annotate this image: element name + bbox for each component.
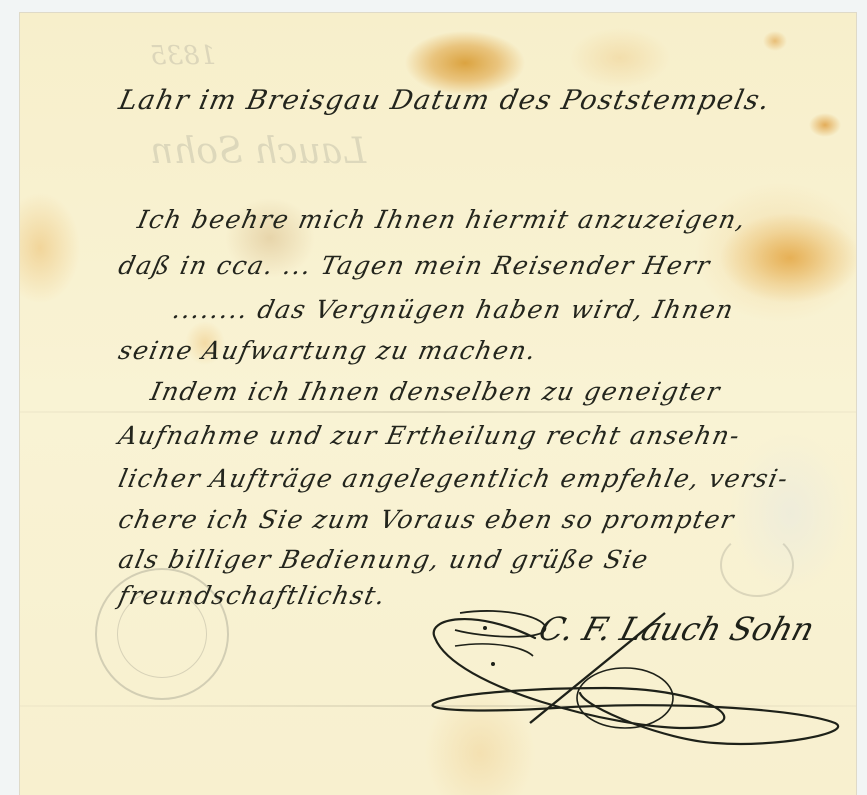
faint-stamp-mark bbox=[720, 533, 794, 597]
letter-dateline: Lahr im Breisgau Datum des Poststempels. bbox=[116, 85, 773, 116]
letter-line-8: chere ich Sie zum Voraus eben so prompte… bbox=[116, 505, 738, 534]
letter-line-10: freundschaftlichst. bbox=[116, 581, 389, 610]
bleed-through-text: Lauch Sohn bbox=[150, 131, 366, 172]
letter-line-7: licher Aufträge angelegentlich empfehle,… bbox=[116, 464, 792, 493]
letter-line-3: ........ das Vergnügen haben wird, Ihnen bbox=[170, 295, 737, 324]
letter-line-6: Aufnahme und zur Ertheilung recht ansehn… bbox=[116, 421, 743, 450]
document-scan: 1835 Lauch Sohn Lahr im Breisgau Datum d… bbox=[0, 0, 867, 795]
signature: C. F. Lauch Sohn bbox=[535, 610, 819, 648]
letter-line-9: als billiger Bedienung, und grüße Sie bbox=[116, 545, 652, 574]
letter-line-2: daß in cca. ... Tagen mein Reisender Her… bbox=[116, 251, 713, 280]
letter-line-4: seine Aufwartung zu machen. bbox=[116, 336, 540, 365]
letter-line-1: Ich beehre mich Ihnen hiermit anzuzeigen… bbox=[135, 205, 749, 234]
letter-paper: 1835 Lauch Sohn Lahr im Breisgau Datum d… bbox=[20, 13, 856, 795]
bleed-through-year: 1835 bbox=[150, 41, 216, 71]
horizontal-fold-line bbox=[20, 411, 856, 413]
letter-line-5: Indem ich Ihnen denselben zu geneigter bbox=[148, 377, 724, 406]
